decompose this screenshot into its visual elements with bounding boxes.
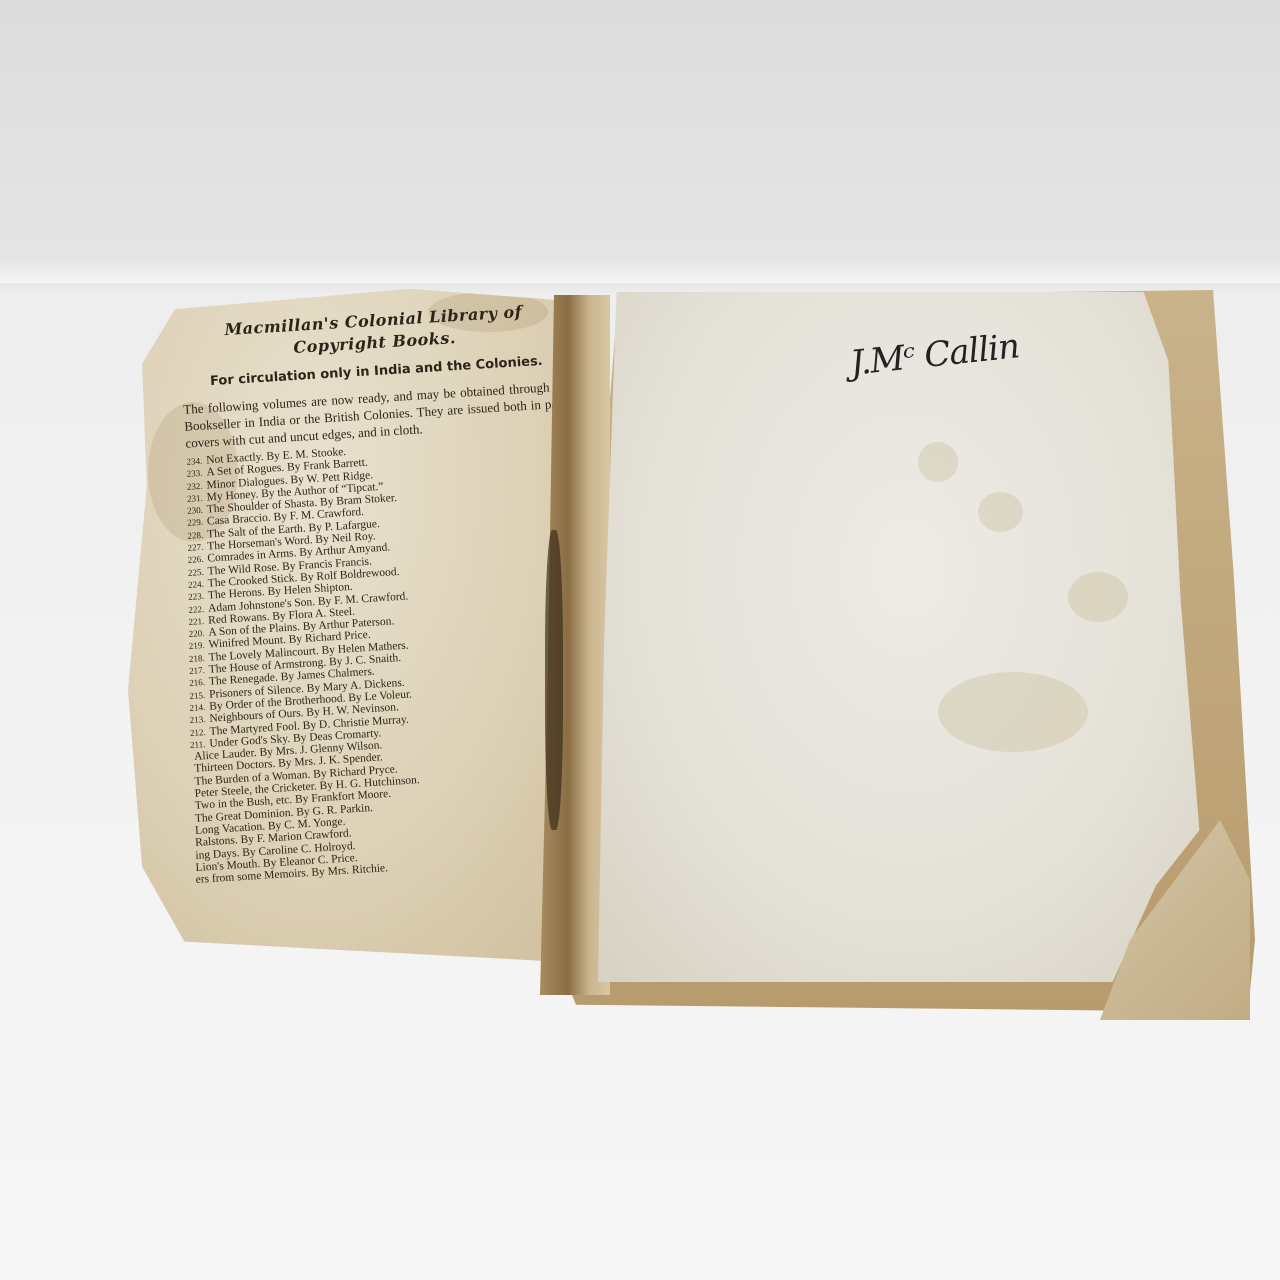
volume-number: 219.: [189, 640, 205, 651]
volume-number: 215.: [189, 690, 205, 701]
volume-number: 213.: [189, 714, 205, 725]
volume-number: [191, 875, 192, 885]
volume-number: [191, 814, 192, 824]
water-stain: [978, 492, 1023, 532]
volume-number: 212.: [190, 727, 206, 738]
volume-number: 224.: [188, 579, 204, 590]
torn-spine: [545, 530, 563, 830]
water-stain: [918, 442, 958, 482]
volume-number: 216.: [189, 677, 205, 688]
volume-number: 222.: [188, 604, 204, 615]
wall-floor-edge: [0, 255, 1280, 283]
volume-number: [190, 789, 191, 799]
volume-number: 217.: [189, 665, 205, 676]
volume-number: 223.: [188, 591, 204, 602]
volume-number: [190, 801, 191, 811]
volume-number: [190, 777, 191, 787]
volume-number: 214.: [189, 702, 205, 713]
volume-number: [191, 838, 192, 848]
volume-number: 233.: [186, 468, 202, 479]
water-stain: [938, 672, 1088, 752]
volume-number: 232.: [187, 480, 203, 491]
water-stain: [1068, 572, 1128, 622]
volume-number: 231.: [187, 493, 203, 504]
volume-number: 220.: [188, 628, 204, 639]
volume-number: [191, 851, 192, 861]
volume-number: 227.: [187, 542, 203, 553]
volume-number: 211.: [190, 739, 206, 750]
volume-number: [191, 826, 192, 836]
book-list: 234.Not Exactly. By E. M. Stooke.233.A S…: [186, 432, 602, 885]
volume-number: 225.: [188, 567, 204, 578]
volume-number: 221.: [188, 616, 204, 627]
volume-number: [191, 863, 192, 873]
volume-number: 234.: [186, 456, 202, 467]
volume-number: 230.: [187, 505, 203, 516]
left-page-text: Macmillan's Colonial Library of Copyrigh…: [178, 298, 602, 885]
right-page: [598, 292, 1218, 982]
volume-number: [190, 752, 191, 762]
volume-number: 226.: [187, 554, 203, 565]
volume-number: 218.: [189, 653, 205, 664]
volume-number: 228.: [187, 530, 203, 541]
volume-number: 229.: [187, 517, 203, 528]
volume-number: [190, 765, 191, 775]
